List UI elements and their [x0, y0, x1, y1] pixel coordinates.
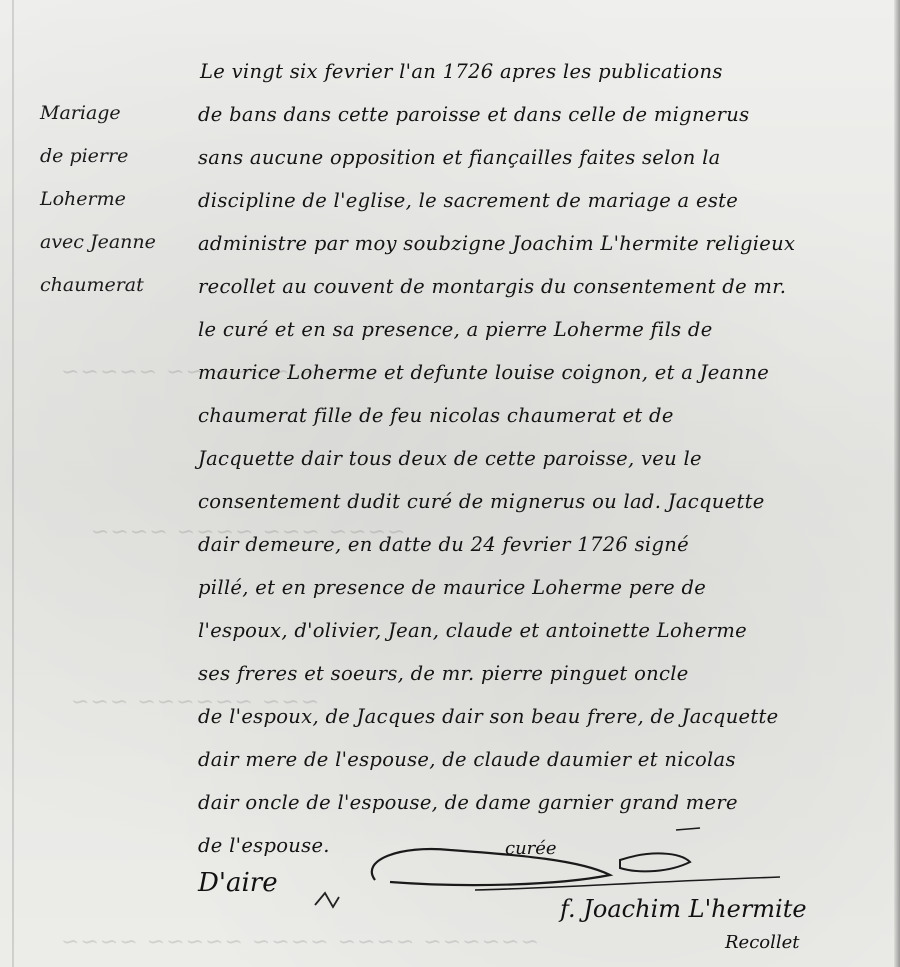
signature-officiant-title: Recollet — [725, 932, 800, 953]
text-line: de bans dans cette paroisse et dans cell… — [198, 93, 898, 136]
text-line: Jacquette dair tous deux de cette parois… — [198, 437, 898, 480]
text-line: de l'espoux, de Jacques dair son beau fr… — [198, 695, 898, 738]
margin-line: Loherme — [40, 178, 180, 221]
text-line: le curé et en sa presence, a pierre Lohe… — [198, 308, 898, 351]
signature-officiant: f. Joachim L'hermite — [560, 895, 807, 923]
text-line: maurice Loherme et defunte louise coigno… — [198, 351, 898, 394]
text-line: consentement dudit curé de mignerus ou l… — [198, 480, 898, 523]
text-line: discipline de l'eglise, le sacrement de … — [198, 179, 898, 222]
record-body: Le vingt six fevrier l'an 1726 apres les… — [198, 50, 898, 867]
text-line: dair demeure, en datte du 24 fevrier 172… — [198, 523, 898, 566]
margin-note: Mariage de pierre Loherme avec Jeanne ch… — [40, 92, 180, 307]
margin-line: Mariage — [40, 92, 180, 135]
text-line: dair oncle de l'espouse, de dame garnier… — [198, 781, 898, 824]
signature-daire: D'aire — [198, 868, 278, 898]
text-line: chaumerat fille de feu nicolas chaumerat… — [198, 394, 898, 437]
register-page: ~~~ ~~~~ ~~ ~~~~~ ~~~~ ~~~ ~~~~ ~~~~ ~~~… — [0, 0, 900, 967]
ink-bleed-through: ~~~~~~ ~~~~ ~~~~ ~~~~~ ~~~~ — [60, 930, 539, 955]
margin-line: chaumerat — [40, 264, 180, 307]
text-line: ses freres et soeurs, de mr. pierre ping… — [198, 652, 898, 695]
text-line: l'espoux, d'olivier, Jean, claude et ant… — [198, 609, 898, 652]
text-line: administre par moy soubzigne Joachim L'h… — [198, 222, 898, 265]
text-line: sans aucune opposition et fiançailles fa… — [198, 136, 898, 179]
text-line: Le vingt six fevrier l'an 1726 apres les… — [198, 50, 898, 93]
text-line: de l'espouse. — [198, 824, 898, 867]
text-line: recollet au couvent de montargis du cons… — [198, 265, 898, 308]
margin-line: avec Jeanne — [40, 221, 180, 264]
page-left-edge — [12, 0, 14, 967]
margin-line: de pierre — [40, 135, 180, 178]
text-line: dair mere de l'espouse, de claude daumie… — [198, 738, 898, 781]
text-line: pillé, et en presence de maurice Loherme… — [198, 566, 898, 609]
